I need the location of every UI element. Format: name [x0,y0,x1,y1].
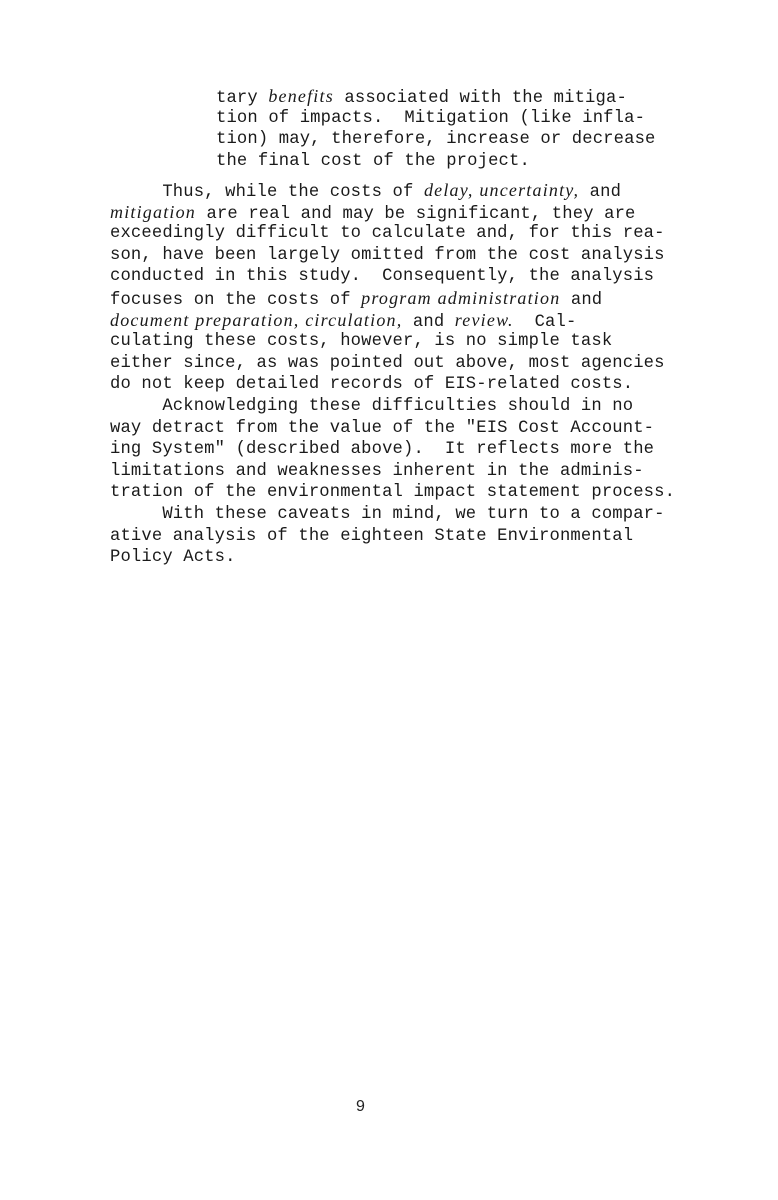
paragraph-line: either since, as was pointed out above, … [110,353,665,375]
paragraph-line: Acknowledging these difficulties should … [110,396,633,418]
text-run: and [579,183,621,202]
emphasized-term: delay, uncertainty, [424,180,579,200]
text-run: either since, as was pointed out above, … [110,354,665,373]
list-item-line: tary benefits associated with the mitiga… [216,86,627,110]
text-run: tion of impacts. Mitigation (like infla- [216,109,645,128]
paragraph-line: limitations and weaknesses inherent in t… [110,461,644,483]
paragraph-line: Thus, while the costs of delay, uncertai… [110,180,621,204]
paragraph-line: mitigation are real and may be significa… [110,202,636,226]
text-run: culating these costs, however, is no sim… [110,332,612,351]
text-run: the final cost of the project. [216,152,530,171]
text-run: do not keep detailed records of EIS-rela… [110,375,633,394]
text-run: tary [216,89,268,108]
text-run: way detract from the value of the "EIS C… [110,419,654,438]
text-run: associated with the mitiga- [334,89,627,108]
emphasized-term: document preparation, circulation, [110,310,402,330]
paragraph-line: culating these costs, however, is no sim… [110,331,612,353]
text-run: Acknowledging these difficulties should … [110,397,633,416]
paragraph-line: exceedingly difficult to calculate and, … [110,223,665,245]
text-run: tion) may, therefore, increase or decrea… [216,130,656,149]
text-run: and [402,313,454,332]
emphasized-term: benefits [268,86,334,106]
list-item-line: the final cost of the project. [216,151,530,173]
paragraph-line: document preparation, circulation, and r… [110,310,576,334]
paragraph-line: son, have been largely omitted from the … [110,245,665,267]
text-run: Cal- [514,313,577,332]
paragraph-line: ative analysis of the eighteen State Env… [110,526,633,548]
text-run: Policy Acts. [110,548,236,567]
emphasized-term: program administration [361,288,560,308]
paragraph-line: With these caveats in mind, we turn to a… [110,504,665,526]
text-run: and [560,291,602,310]
text-run: exceedingly difficult to calculate and, … [110,224,665,243]
text-run: ing System" (described above). It reflec… [110,440,654,459]
paragraph-line: way detract from the value of the "EIS C… [110,418,654,440]
text-run: ative analysis of the eighteen State Env… [110,527,633,546]
text-run: With these caveats in mind, we turn to a… [110,505,665,524]
emphasized-term: review. [455,310,514,330]
text-run: focuses on the costs of [110,291,361,310]
text-run: conducted in this study. Consequently, t… [110,267,654,286]
paragraph-line: conducted in this study. Consequently, t… [110,266,654,288]
text-run: limitations and weaknesses inherent in t… [110,462,644,481]
page-number: 9 [356,1098,365,1116]
paragraph-line: focuses on the costs of program administ… [110,288,602,312]
text-run: Thus, while the costs of [110,183,424,202]
paragraph-line: do not keep detailed records of EIS-rela… [110,374,633,396]
text-run: son, have been largely omitted from the … [110,246,665,265]
document-page: tary benefits associated with the mitiga… [0,0,778,1200]
paragraph-line: tration of the environmental impact stat… [110,482,675,504]
list-item-line: tion) may, therefore, increase or decrea… [216,129,656,151]
emphasized-term: mitigation [110,202,196,222]
paragraph-line: ing System" (described above). It reflec… [110,439,654,461]
text-run: are real and may be significant, they ar… [196,205,636,224]
text-run: tration of the environmental impact stat… [110,483,675,502]
list-item-line: tion of impacts. Mitigation (like infla- [216,108,645,130]
paragraph-line: Policy Acts. [110,547,236,569]
